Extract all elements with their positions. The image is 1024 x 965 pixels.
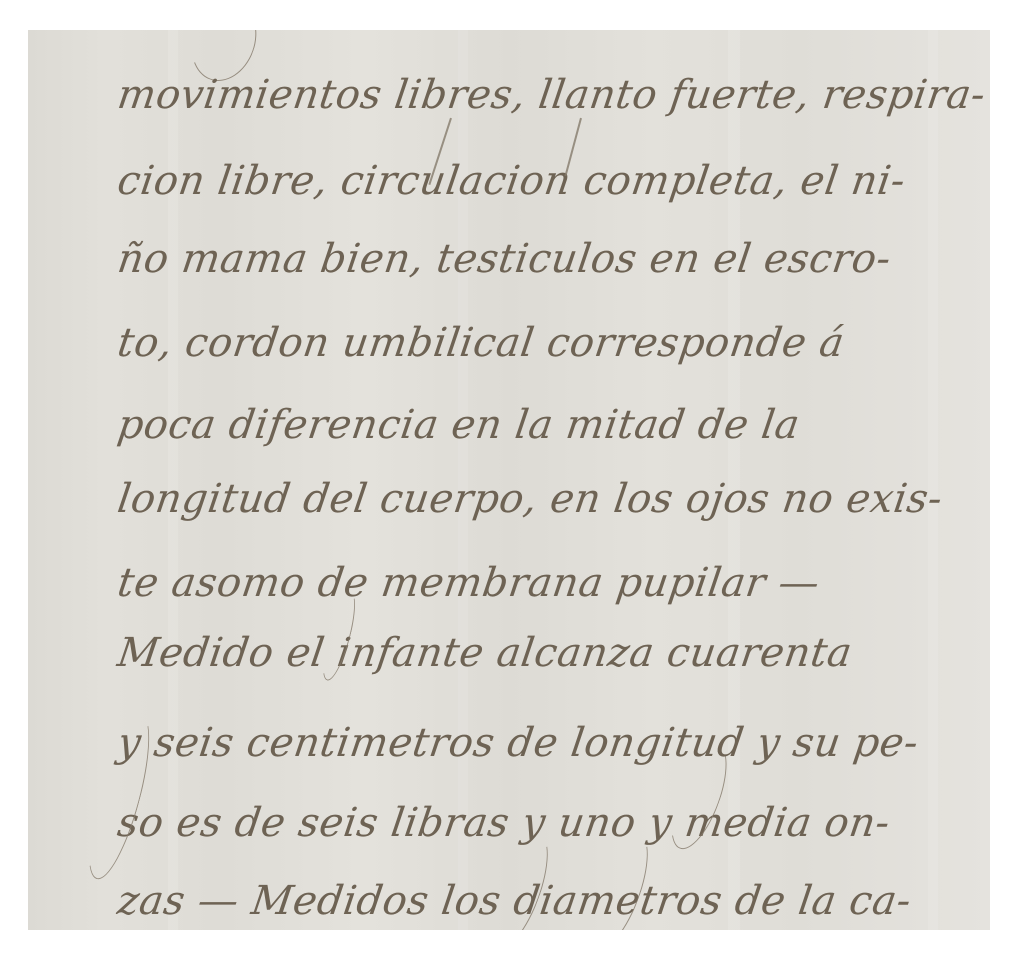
manuscript-line: longitud del cuerpo, en los ojos no exis… [115, 476, 946, 522]
manuscript-line: ño mama bien, testiculos en el escro- [115, 236, 894, 282]
manuscript-line: movimientos libres, llanto fuerte, respi… [115, 72, 989, 118]
manuscript-line: so es de seis libras y uno y media on- [115, 800, 893, 846]
manuscript-page: movimientos libres, llanto fuerte, respi… [28, 30, 990, 930]
manuscript-line: y seis centimetros de longitud y su pe- [115, 720, 922, 766]
manuscript-line: Medido el infante alcanza cuarenta [115, 630, 855, 676]
manuscript-line: te asomo de membrana pupilar — [115, 560, 823, 606]
manuscript-line: cion libre, circulacion completa, el ni- [115, 158, 909, 204]
ink-flourish [76, 707, 161, 884]
manuscript-line: poca diferencia en la mitad de la [115, 402, 803, 448]
manuscript-line: to, cordon umbilical corresponde á [115, 320, 847, 366]
